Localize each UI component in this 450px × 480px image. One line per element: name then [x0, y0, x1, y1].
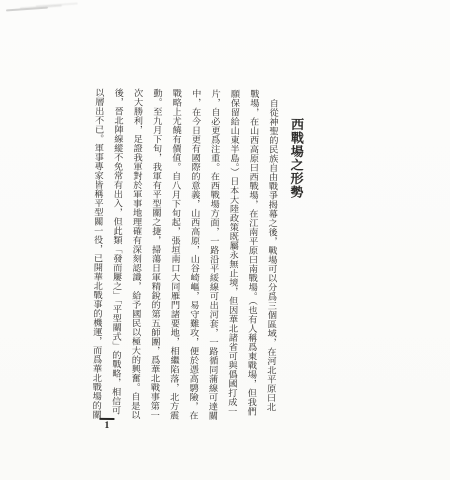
scanned-book-page: 西戰場之形勢 自從神聖的民族自由戰爭揭幕之後，戰場可以分爲三個區域，在河北平原曰…	[0, 0, 450, 480]
page-number: 1	[97, 420, 116, 431]
text-column: 片，自必更爲注重。在西戰場方面，一路沿平綏線可出河套，一路循同蒲線可達關	[207, 89, 219, 421]
text-column: 動。至九月下旬，我軍有平型關之捷，掃蕩日軍精銳的第五師團，爲華北戰事第一	[149, 88, 161, 420]
text-column: 中，在今日更有國際的意義，山西高原，山谷崎嶇，易守難攻，便於憑高騁險，在	[188, 89, 200, 421]
text-column: 戰略上尤饒有價值。自八月下旬起，張垣南口大同雁門諸要地，相繼陷落，北方震	[168, 89, 180, 421]
text-column: 願保留給山東半島。）日本大陸政策既屬永無止境，但因華北諸省可與僞國打成一	[226, 89, 238, 421]
text-column: 戰場，在山西高原曰西戰場，在江南平原曰南戰場。（也有人稱爲東戰場，但我們	[246, 89, 258, 421]
page-content: 西戰場之形勢 自從神聖的民族自由戰爭揭幕之後，戰場可以分爲三個區域，在河北平原曰…	[0, 0, 450, 480]
text-column: 後，晉北陣線縱不免常有出入，但此類「發而屢之」「平型關式」的戰略，相信可	[110, 88, 122, 420]
chapter-title: 西戰場之形勢	[286, 118, 306, 199]
text-column: 以層出不已。軍事專家皆稱平型關一役，已開華北戰事的機運，而爲華北戰場的關	[91, 88, 103, 420]
text-column: 自從神聖的民族自由戰爭揭幕之後，戰場可以分爲三個區域，在河北平原曰北	[265, 89, 277, 421]
text-column: 次大勝利，足證我軍對於軍事地理確有深刻認識，給予國民以極大的興奮。自是以	[130, 88, 142, 420]
body-text-block: 自從神聖的民族自由戰爭揭幕之後，戰場可以分爲三個區域，在河北平原曰北 戰場，在山…	[91, 88, 277, 422]
